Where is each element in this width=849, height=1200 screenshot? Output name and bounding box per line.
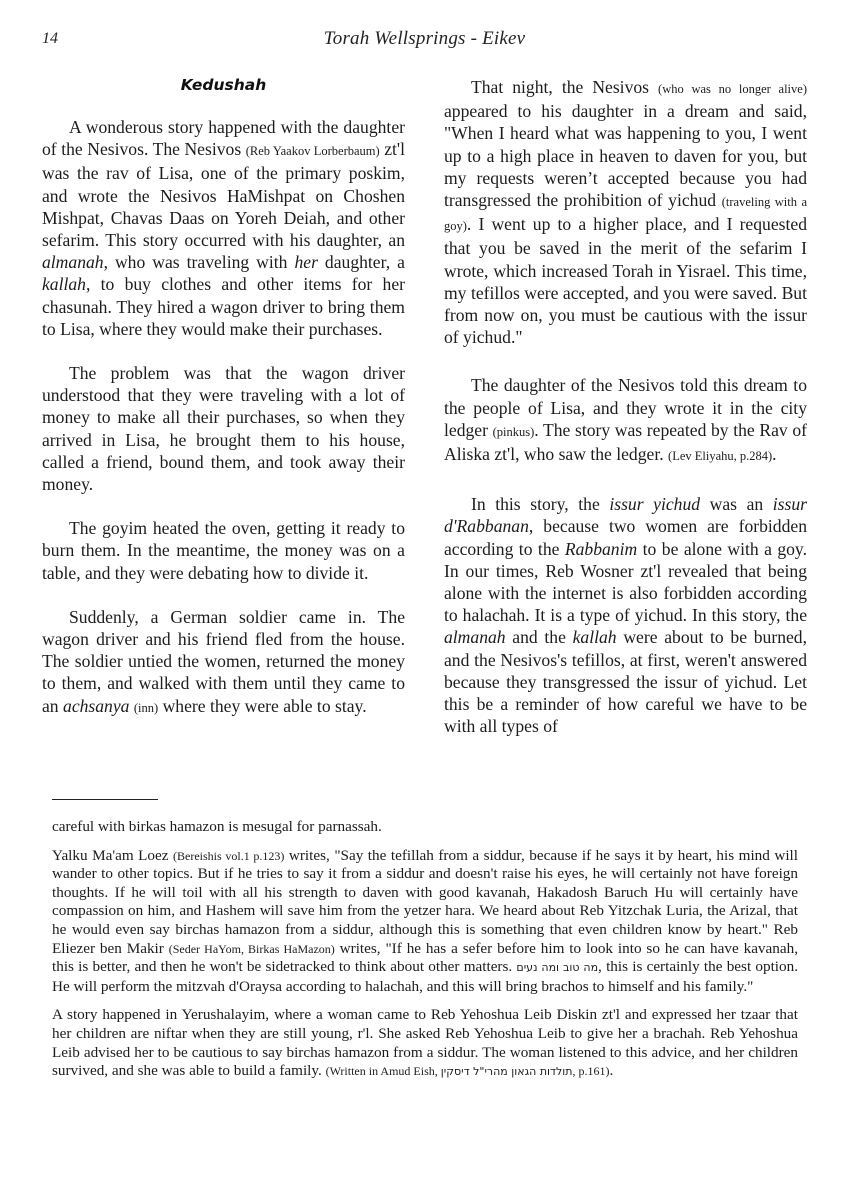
text-run: was an xyxy=(700,494,773,514)
right-column: That night, the Nesivos (who was no long… xyxy=(444,76,807,759)
parenthetical-note: (who was no longer alive) xyxy=(658,82,807,96)
italic-term: issur yichud xyxy=(609,494,700,514)
footnotes-section: careful with birkas hamazon is mesugal f… xyxy=(52,818,798,1092)
running-title: Torah Wellsprings - Eikev xyxy=(0,28,849,50)
source-citation: (Seder HaYom, Birkas HaMazon) xyxy=(169,942,335,956)
italic-term: achsanya xyxy=(63,696,129,716)
text-run: . xyxy=(610,1062,614,1079)
italic-term: almanah xyxy=(42,252,104,272)
hebrew-phrase: מה טוב ומה נעים xyxy=(516,961,598,974)
text-run: That night, the Nesivos xyxy=(471,77,658,97)
section-heading: Kedushah xyxy=(42,74,405,96)
text-run: and the xyxy=(506,627,573,647)
footnote-yerushalayim-story: A story happened in Yerushalayim, where … xyxy=(52,1006,798,1081)
source-citation: , p.161) xyxy=(573,1064,610,1078)
text-run: . I went up to a higher place, and I req… xyxy=(444,214,807,347)
footnote-continuation: careful with birkas hamazon is mesugal f… xyxy=(52,818,798,837)
paragraph-story-intro: A wonderous story happened with the daug… xyxy=(42,116,405,340)
text-run: Yalku Ma'am Loez xyxy=(52,847,173,864)
footnote-yalkut: Yalku Ma'am Loez (Bereishis vol.1 p.123)… xyxy=(52,847,798,997)
paragraph-problem: The problem was that the wagon driver un… xyxy=(42,362,405,495)
parenthetical-note: (pinkus) xyxy=(493,425,535,439)
text-run: appeared to his daughter in a dream and … xyxy=(444,101,807,210)
paragraph-oven: The goyim heated the oven, getting it re… xyxy=(42,517,405,584)
paragraph-dream: That night, the Nesivos (who was no long… xyxy=(444,76,807,348)
text-run: daughter, a xyxy=(318,252,405,272)
text-run: where they were able to stay. xyxy=(158,696,366,716)
parenthetical-note: (Reb Yaakov Lorberbaum) xyxy=(246,144,380,158)
source-citation: (Bereishis vol.1 p.123) xyxy=(173,849,284,863)
italic-term: kallah xyxy=(42,274,86,294)
paragraph-lesson: In this story, the issur yichud was an i… xyxy=(444,493,807,737)
hebrew-title: תולדות הגאון מהרי"ל דיסקין xyxy=(441,1065,573,1078)
italic-term: her xyxy=(294,252,317,272)
italic-term: almanah xyxy=(444,627,506,647)
paragraph-soldier: Suddenly, a German soldier came in. The … xyxy=(42,606,405,719)
footnote-divider xyxy=(52,799,158,800)
text-run: , to buy clothes and other items for her… xyxy=(42,274,405,338)
source-citation: (Written in Amud Eish, xyxy=(326,1064,441,1078)
italic-term: kallah xyxy=(573,627,617,647)
parenthetical-note: (inn) xyxy=(134,701,158,715)
left-column: Kedushah A wonderous story happened with… xyxy=(42,74,405,741)
text-run: . xyxy=(772,444,776,464)
italic-term: Rabbanim xyxy=(565,539,637,559)
paragraph-ledger: The daughter of the Nesivos told this dr… xyxy=(444,374,807,467)
source-citation: (Lev Eliyahu, p.284) xyxy=(668,449,772,463)
text-run: In this story, the xyxy=(471,494,609,514)
text-run: , who was traveling with xyxy=(104,252,295,272)
